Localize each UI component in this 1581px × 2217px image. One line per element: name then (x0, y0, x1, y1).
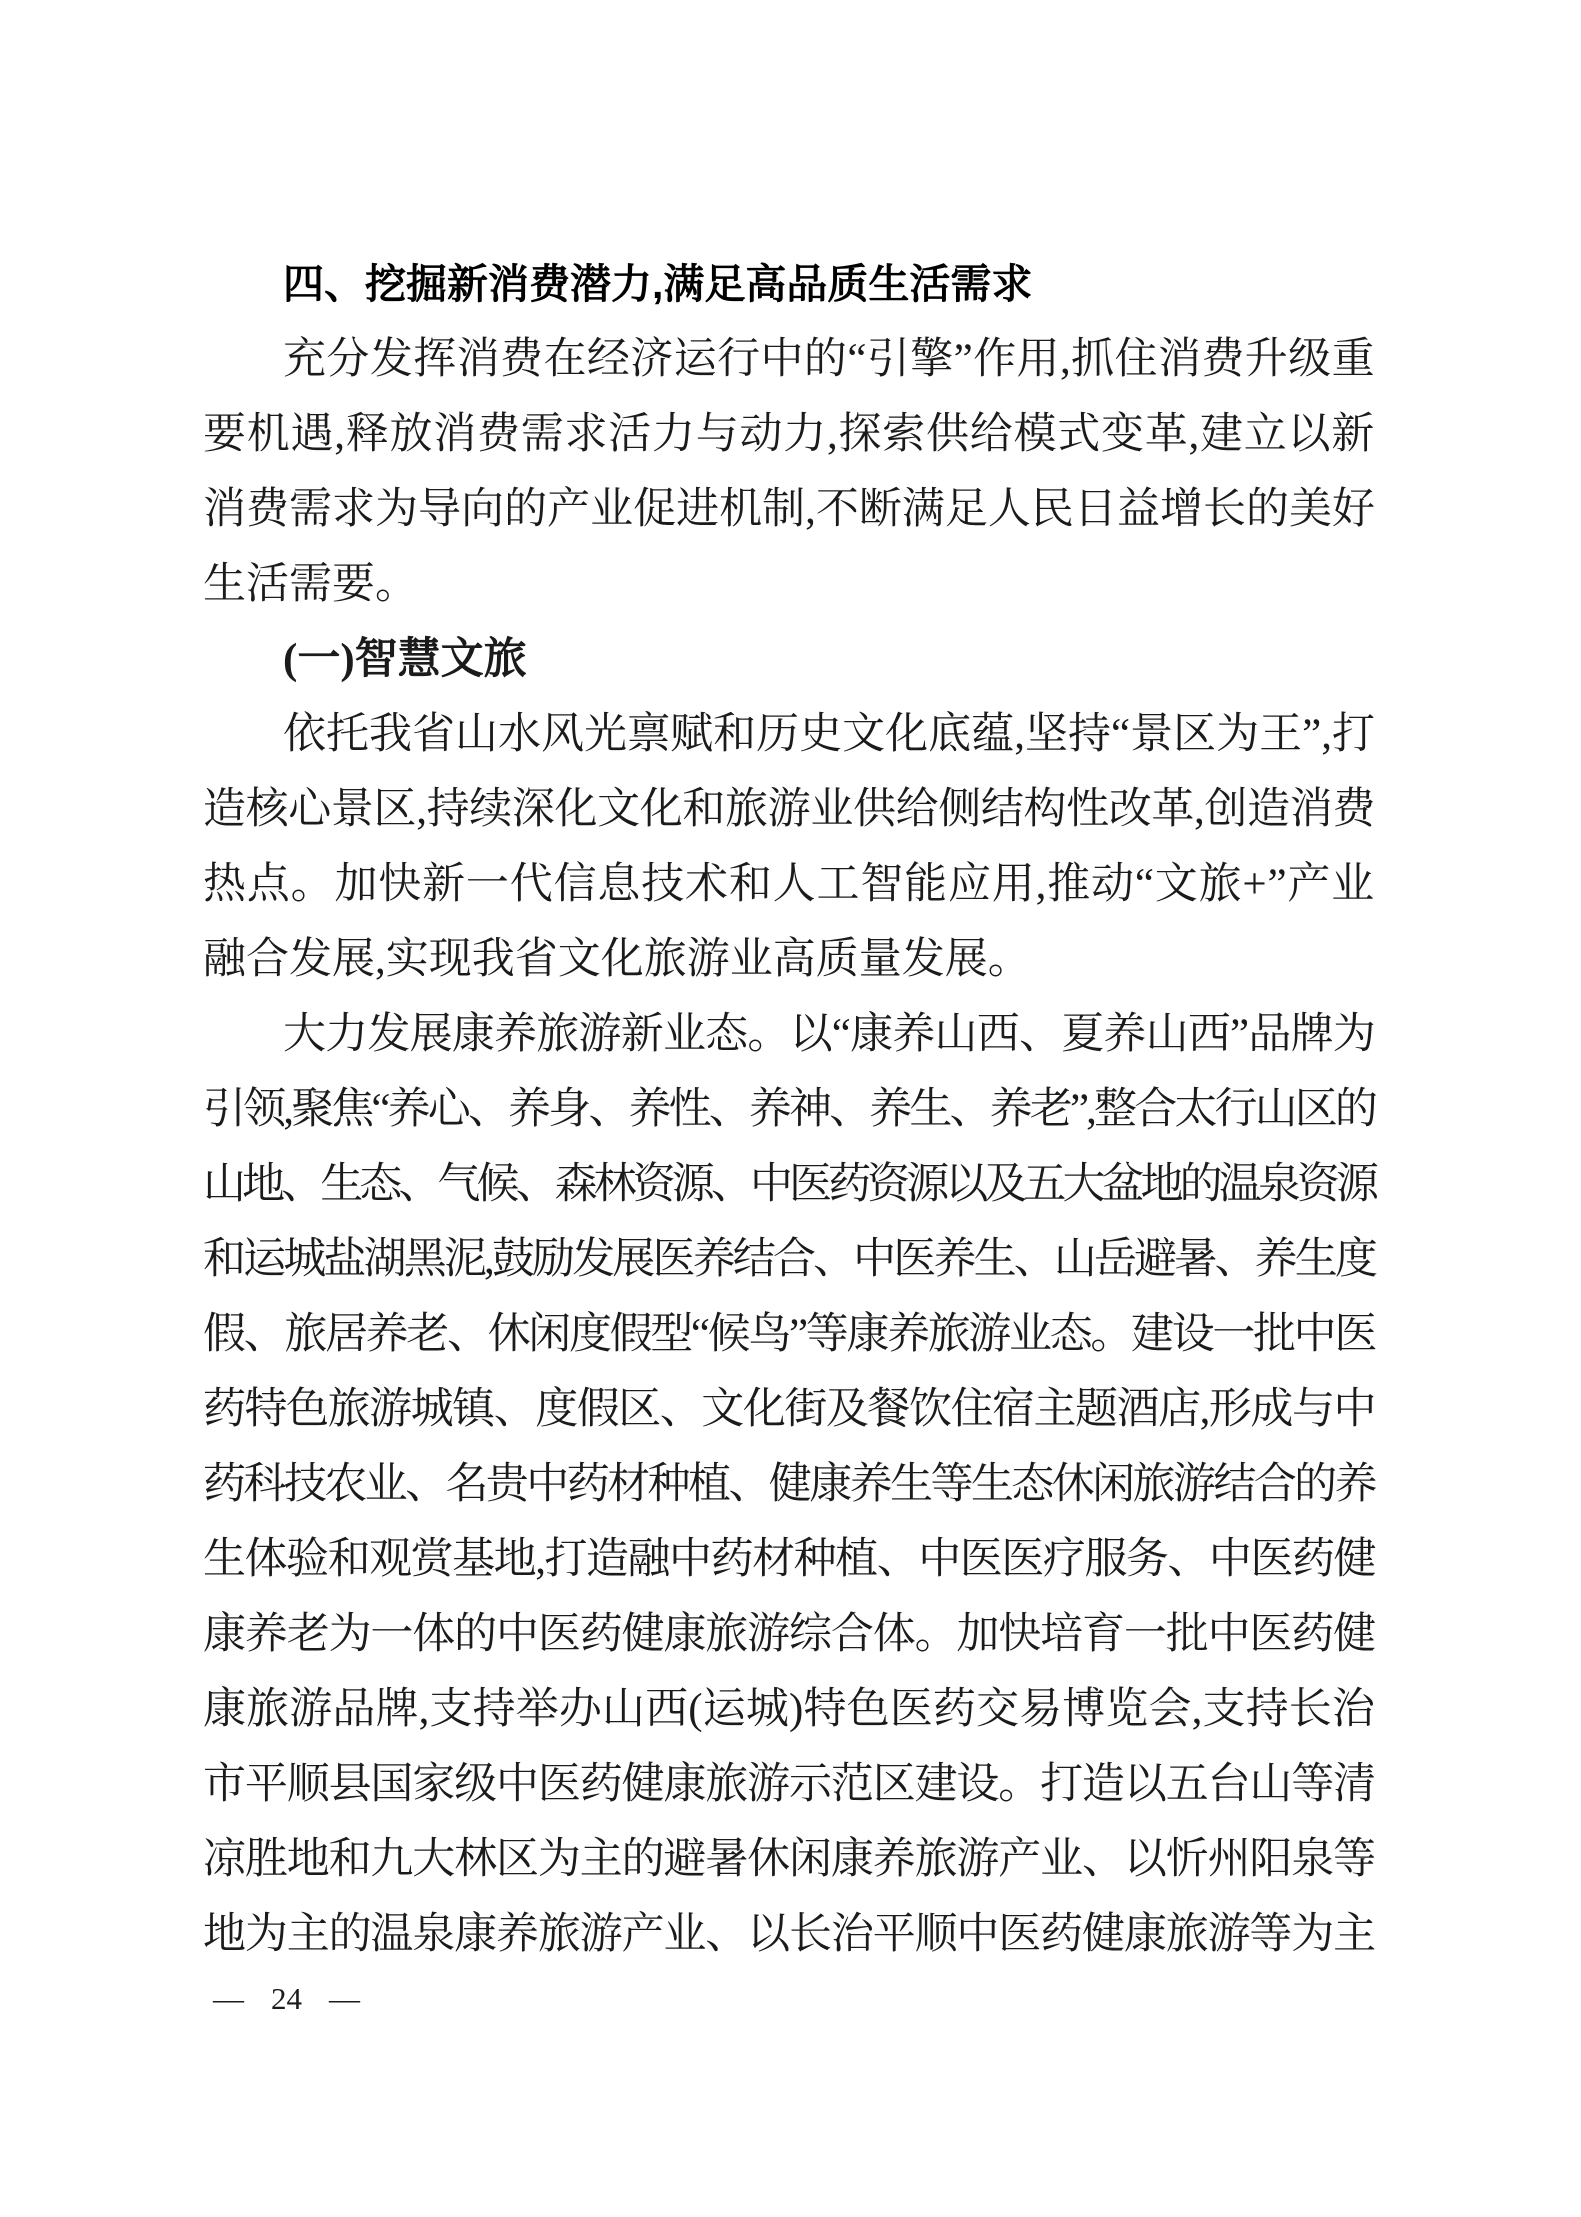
text-line-content: 山地、生态、气候、森林资源、中医药资源以及五大盆地的温泉资源 (203, 1147, 1375, 1222)
text-line-content: 融合发展,实现我省文化旅游业高质量发展。 (203, 922, 1031, 997)
text-line: 和运城盐湖黑泥,鼓励发展医养结合、中医养生、山岳避暑、养生度 (203, 1222, 1375, 1297)
page-number: 24 (271, 1981, 302, 2017)
text-line: 地为主的温泉康养旅游产业、以长治平顺中医药健康旅游等为主 (203, 1897, 1375, 1972)
text-line: 药科技农业、名贵中药材种植、健康养生等生态休闲旅游结合的养 (203, 1447, 1375, 1522)
document-page: 四、挖掘新消费潜力,满足高品质生活需求充分发挥消费在经济运行中的“引擎”作用,抓… (0, 0, 1581, 2217)
text-line-content: (一)智慧文旅 (283, 622, 527, 697)
text-line: 引领,聚焦“养心、养身、养性、养神、养生、养老”,整合太行山区的 (203, 1072, 1375, 1147)
text-line: 要机遇,释放消费需求活力与动力,探索供给模式变革,建立以新 (203, 397, 1375, 472)
text-line-content: 凉胜地和九大林区为主的避暑休闲康养旅游产业、以忻州阳泉等 (203, 1822, 1375, 1897)
text-line: 造核心景区,持续深化文化和旅游业供给侧结构性改革,创造消费 (203, 772, 1375, 847)
text-line: 融合发展,实现我省文化旅游业高质量发展。 (203, 922, 1375, 997)
text-line: 康养老为一体的中医药健康旅游综合体。加快培育一批中医药健 (203, 1597, 1375, 1672)
text-line-content: 生体验和观赏基地,打造融中药材种植、中医医疗服务、中医药健 (203, 1522, 1375, 1597)
text-line: 凉胜地和九大林区为主的避暑休闲康养旅游产业、以忻州阳泉等 (203, 1822, 1375, 1897)
text-line-content: 消费需求为导向的产业促进机制,不断满足人民日益增长的美好 (203, 472, 1375, 547)
text-line-content: 康旅游品牌,支持举办山西(运城)特色医药交易博览会,支持长治 (203, 1672, 1375, 1747)
text-line-content: 康养老为一体的中医药健康旅游综合体。加快培育一批中医药健 (203, 1597, 1375, 1672)
text-line: 消费需求为导向的产业促进机制,不断满足人民日益增长的美好 (203, 472, 1375, 547)
document-body: 四、挖掘新消费潜力,满足高品质生活需求充分发挥消费在经济运行中的“引擎”作用,抓… (203, 247, 1375, 1972)
text-line: 依托我省山水风光禀赋和历史文化底蕴,坚持“景区为王”,打 (203, 697, 1375, 772)
text-line-content: 和运城盐湖黑泥,鼓励发展医养结合、中医养生、山岳避暑、养生度 (203, 1222, 1375, 1297)
text-line-content: 市平顺县国家级中医药健康旅游示范区建设。打造以五台山等清 (203, 1747, 1375, 1822)
text-line: 康旅游品牌,支持举办山西(运城)特色医药交易博览会,支持长治 (203, 1672, 1375, 1747)
text-line: 生体验和观赏基地,打造融中药材种植、中医医疗服务、中医药健 (203, 1522, 1375, 1597)
text-line-content: 地为主的温泉康养旅游产业、以长治平顺中医药健康旅游等为主 (203, 1897, 1375, 1972)
text-line-content: 引领,聚焦“养心、养身、养性、养神、养生、养老”,整合太行山区的 (203, 1072, 1375, 1147)
text-line: 山地、生态、气候、森林资源、中医药资源以及五大盆地的温泉资源 (203, 1147, 1375, 1222)
footer-dash-right: — (329, 1981, 360, 2017)
text-line: 热点。加快新一代信息技术和人工智能应用,推动“文旅+”产业 (203, 847, 1375, 922)
page-footer: — 24 — (213, 1977, 360, 2021)
footer-dash-left: — (213, 1981, 244, 2017)
text-line: 生活需要。 (203, 547, 1375, 622)
text-line-content: 药科技农业、名贵中药材种植、健康养生等生态休闲旅游结合的养 (203, 1447, 1375, 1522)
text-line-content: 依托我省山水风光禀赋和历史文化底蕴,坚持“景区为王”,打 (283, 697, 1375, 772)
text-line: 假、旅居养老、休闲度假型“候鸟”等康养旅游业态。建设一批中医 (203, 1297, 1375, 1372)
text-line-content: 热点。加快新一代信息技术和人工智能应用,推动“文旅+”产业 (203, 847, 1375, 922)
document-title: 四、挖掘新消费潜力,满足高品质生活需求 (203, 247, 1375, 322)
text-line-content: 四、挖掘新消费潜力,满足高品质生活需求 (283, 247, 1032, 322)
text-line-content: 要机遇,释放消费需求活力与动力,探索供给模式变革,建立以新 (203, 397, 1375, 472)
text-line: 大力发展康养旅游新业态。以“康养山西、夏养山西”品牌为 (203, 997, 1375, 1072)
text-line-content: 假、旅居养老、休闲度假型“候鸟”等康养旅游业态。建设一批中医 (203, 1297, 1375, 1372)
text-line: 充分发挥消费在经济运行中的“引擎”作用,抓住消费升级重 (203, 322, 1375, 397)
text-line: 市平顺县国家级中医药健康旅游示范区建设。打造以五台山等清 (203, 1747, 1375, 1822)
text-line-content: 充分发挥消费在经济运行中的“引擎”作用,抓住消费升级重 (283, 322, 1375, 397)
section-heading: (一)智慧文旅 (203, 622, 1375, 697)
text-line: 药特色旅游城镇、度假区、文化街及餐饮住宿主题酒店,形成与中 (203, 1372, 1375, 1447)
text-line-content: 大力发展康养旅游新业态。以“康养山西、夏养山西”品牌为 (283, 997, 1375, 1072)
text-line-content: 造核心景区,持续深化文化和旅游业供给侧结构性改革,创造消费 (203, 772, 1375, 847)
text-line-content: 生活需要。 (203, 547, 418, 622)
text-line-content: 药特色旅游城镇、度假区、文化街及餐饮住宿主题酒店,形成与中 (203, 1372, 1375, 1447)
